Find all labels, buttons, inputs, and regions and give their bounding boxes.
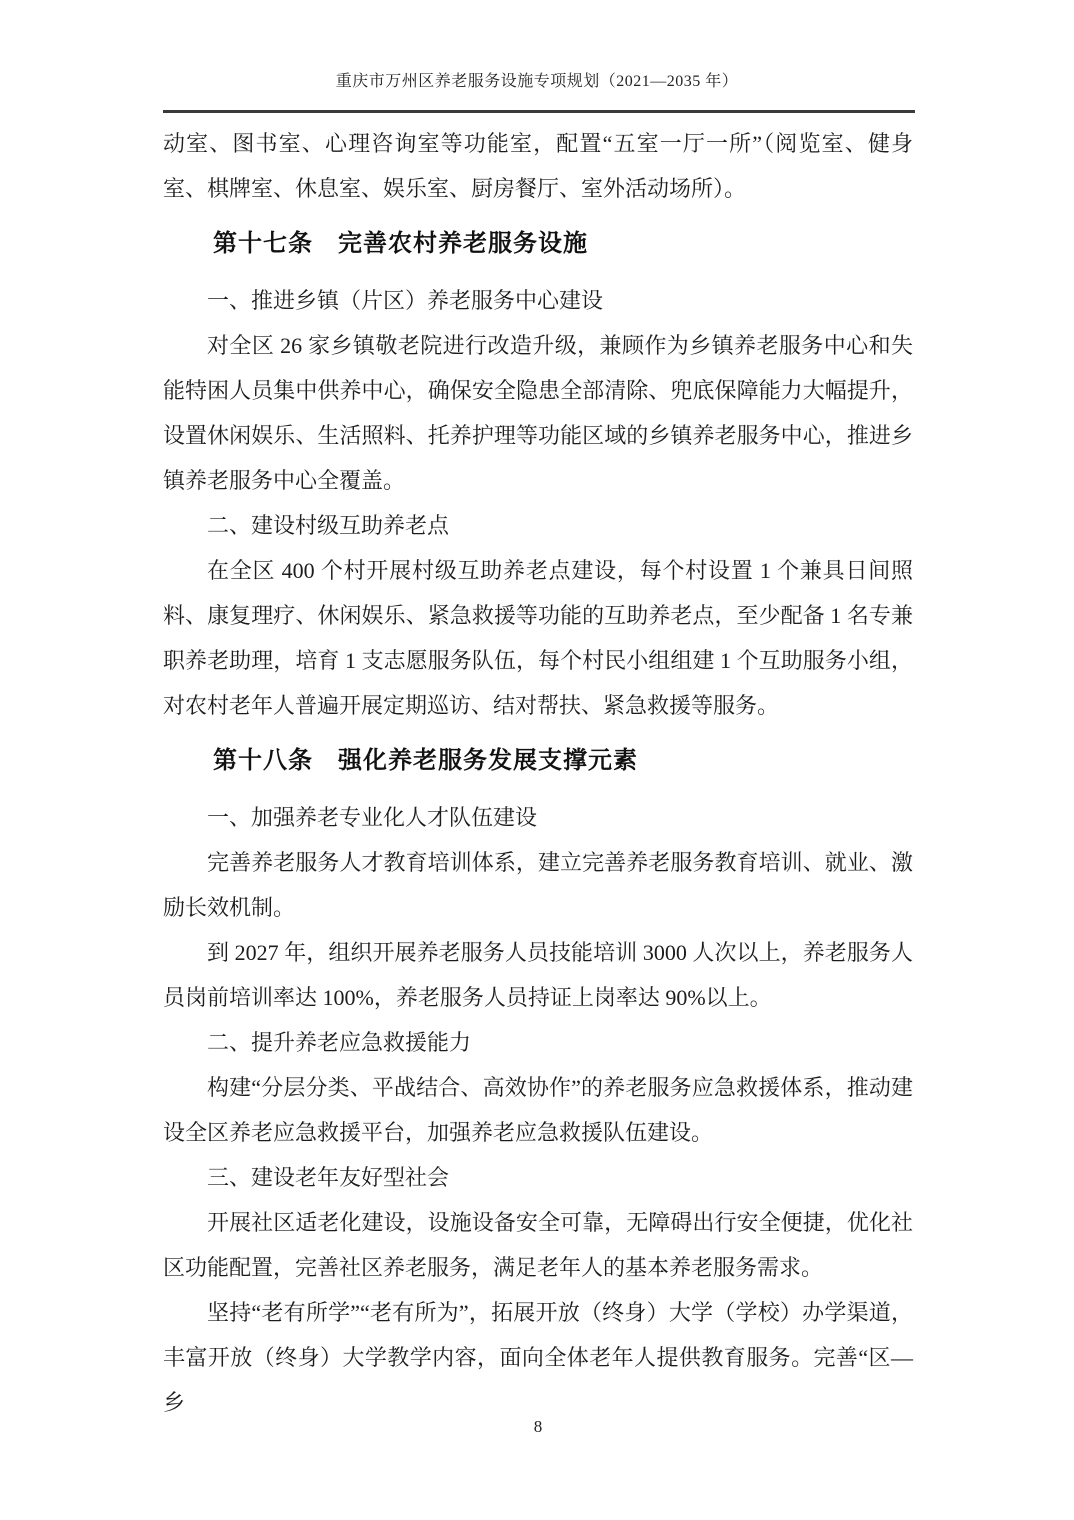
article-18-item-1-title: 一、加强养老专业化人才队伍建设 — [163, 795, 913, 840]
document-header-title: 重庆市万州区养老服务设施专项规划（2021—2035 年） — [0, 70, 1074, 94]
header-divider — [163, 110, 915, 113]
article-18-item-1-paragraph-2: 到 2027 年，组织开展养老服务人员技能培训 3000 人次以上，养老服务人员… — [163, 930, 913, 1020]
page-number: 8 — [163, 1415, 913, 1439]
article-18-item-3-title: 三、建设老年友好型社会 — [163, 1155, 913, 1200]
article-18-item-3-paragraph-2: 坚持“老有所学”“老有所为”，拓展开放（终身）大学（学校）办学渠道，丰富开放（终… — [163, 1290, 913, 1425]
article-17-item-2-paragraph: 在全区 400 个村开展村级互助养老点建设，每个村设置 1 个兼具日间照料、康复… — [163, 548, 913, 728]
article-17-heading: 第十七条 完善农村养老服务设施 — [163, 221, 913, 266]
article-18-item-1-paragraph-1: 完善养老服务人才教育培训体系，建立完善养老服务教育培训、就业、激励长效机制。 — [163, 840, 913, 930]
article-18-heading: 第十八条 强化养老服务发展支撑元素 — [163, 738, 913, 783]
article-18-item-3-paragraph-1: 开展社区适老化建设，设施设备安全可靠，无障碍出行安全便捷，优化社区功能配置，完善… — [163, 1200, 913, 1290]
document-page: 重庆市万州区养老服务设施专项规划（2021—2035 年） 动室、图书室、心理咨… — [0, 0, 1074, 1520]
article-17-item-2-title: 二、建设村级互助养老点 — [163, 503, 913, 548]
article-17-item-1-title: 一、推进乡镇（片区）养老服务中心建设 — [163, 278, 913, 323]
article-17-item-1-paragraph: 对全区 26 家乡镇敬老院进行改造升级，兼顾作为乡镇养老服务中心和失能特困人员集… — [163, 323, 913, 503]
article-18-item-2-title: 二、提升养老应急救援能力 — [163, 1020, 913, 1065]
intro-continuation-paragraph: 动室、图书室、心理咨询室等功能室，配置“五室一厅一所”（阅览室、健身室、棋牌室、… — [163, 121, 913, 211]
article-18-item-2-paragraph: 构建“分层分类、平战结合、高效协作”的养老服务应急救援体系，推动建设全区养老应急… — [163, 1065, 913, 1155]
document-body: 动室、图书室、心理咨询室等功能室，配置“五室一厅一所”（阅览室、健身室、棋牌室、… — [163, 121, 913, 1425]
